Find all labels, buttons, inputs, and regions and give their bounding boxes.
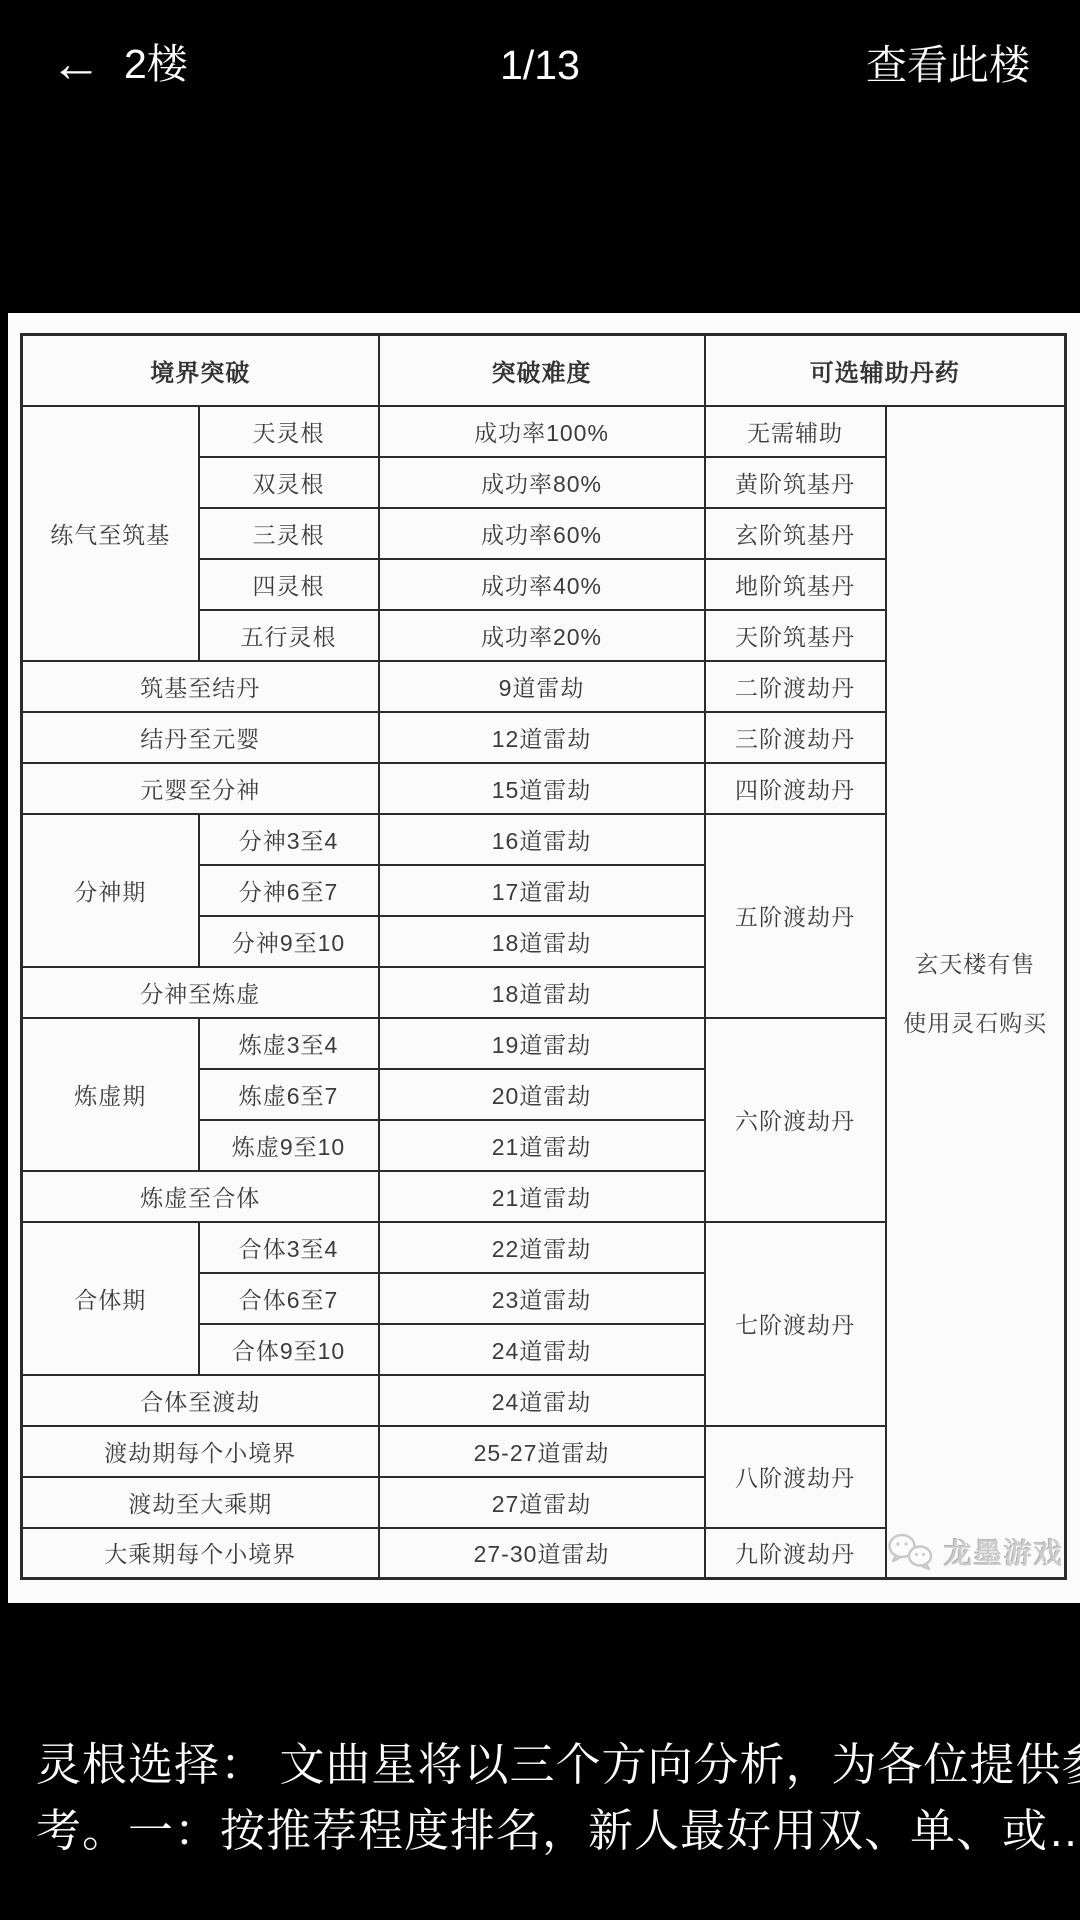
table-cell: 黄阶筑基丹 [705,457,886,508]
table-cell-group: 分神期 [22,814,199,967]
caption-line: 灵根选择： 文曲星将以三个方向分析，为各位提供参 [36,1732,1056,1798]
table-cell: 八阶渡劫丹 [705,1426,886,1528]
table-cell: 21道雷劫 [379,1120,705,1171]
table-cell: 七阶渡劫丹 [705,1222,886,1426]
table-cell: 27-30道雷劫 [379,1528,705,1579]
table-cell: 元婴至分神 [22,763,379,814]
table-cell: 炼虚9至10 [199,1120,379,1171]
table-cell: 分神6至7 [199,865,379,916]
top-bar: ← 2楼 1/13 查看此楼 [0,0,1080,130]
table-cell: 渡劫期每个小境界 [22,1426,379,1477]
table-cell: 炼虚至合体 [22,1171,379,1222]
table-cell-group: 合体期 [22,1222,199,1375]
wechat-icon [888,1531,936,1573]
table-cell: 双灵根 [199,457,379,508]
table-cell: 合体3至4 [199,1222,379,1273]
note-block: 玄天楼有售 使用灵石购买 [887,946,1065,1038]
table-cell: 天阶筑基丹 [705,610,886,661]
table-cell: 25-27道雷劫 [379,1426,705,1477]
table-cell: 分神9至10 [199,916,379,967]
table-cell: 合体至渡劫 [22,1375,379,1426]
table-cell: 三阶渡劫丹 [705,712,886,763]
table-cell-group: 炼虚期 [22,1018,199,1171]
table-cell: 炼虚6至7 [199,1069,379,1120]
table-cell: 无需辅助 [705,406,886,457]
table-cell: 21道雷劫 [379,1171,705,1222]
breakthrough-table: 境界突破 突破难度 可选辅助丹药 练气至筑基 天灵根 成功率100% 无需辅助 … [20,333,1067,1580]
table-cell: 20道雷劫 [379,1069,705,1120]
table-cell: 九阶渡劫丹 [705,1528,886,1579]
view-floor-button[interactable]: 查看此楼 [866,40,1030,90]
post-image[interactable]: 境界突破 突破难度 可选辅助丹药 练气至筑基 天灵根 成功率100% 无需辅助 … [8,313,1080,1603]
table-cell: 分神至炼虚 [22,967,379,1018]
table-cell: 五阶渡劫丹 [705,814,886,1018]
caption-line: 考。一：按推荐程度排名，新人最好用双、单、或… [36,1798,1056,1864]
table-cell: 合体9至10 [199,1324,379,1375]
header-breakthrough: 境界突破 [22,335,379,406]
table-cell: 成功率60% [379,508,705,559]
table-cell: 成功率20% [379,610,705,661]
table-cell: 四灵根 [199,559,379,610]
table-cell-group: 练气至筑基 [22,406,199,661]
table-cell: 分神3至4 [199,814,379,865]
table-cell: 五行灵根 [199,610,379,661]
table-cell: 六阶渡劫丹 [705,1018,886,1222]
table-cell-note: 玄天楼有售 使用灵石购买 [886,406,1066,1579]
table-cell: 地阶筑基丹 [705,559,886,610]
table-cell: 24道雷劫 [379,1324,705,1375]
table-cell: 成功率100% [379,406,705,457]
table-cell: 四阶渡劫丹 [705,763,886,814]
table-cell: 19道雷劫 [379,1018,705,1069]
table-cell: 27道雷劫 [379,1477,705,1528]
table-cell: 筑基至结丹 [22,661,379,712]
table-cell: 大乘期每个小境界 [22,1528,379,1579]
table-cell: 24道雷劫 [379,1375,705,1426]
table-cell: 23道雷劫 [379,1273,705,1324]
table-cell: 成功率40% [379,559,705,610]
table-cell: 渡劫至大乘期 [22,1477,379,1528]
watermark-text: 龙墨游戏 [944,1532,1064,1572]
table-cell: 天灵根 [199,406,379,457]
table-cell: 合体6至7 [199,1273,379,1324]
table-cell: 二阶渡劫丹 [705,661,886,712]
note-line: 玄天楼有售 [915,946,1035,979]
table-cell: 9道雷劫 [379,661,705,712]
header-difficulty: 突破难度 [379,335,705,406]
table-cell: 炼虚3至4 [199,1018,379,1069]
note-line: 使用灵石购买 [903,1005,1047,1038]
table-cell: 18道雷劫 [379,916,705,967]
table-cell: 17道雷劫 [379,865,705,916]
table-cell: 玄阶筑基丹 [705,508,886,559]
table-cell: 成功率80% [379,457,705,508]
table-cell: 结丹至元婴 [22,712,379,763]
table-cell: 15道雷劫 [379,763,705,814]
table-row: 练气至筑基 天灵根 成功率100% 无需辅助 玄天楼有售 使用灵石购买 [22,406,1066,457]
table-cell: 12道雷劫 [379,712,705,763]
table-cell: 16道雷劫 [379,814,705,865]
post-caption: 灵根选择： 文曲星将以三个方向分析，为各位提供参 考。一：按推荐程度排名，新人最… [36,1732,1056,1864]
table-cell: 18道雷劫 [379,967,705,1018]
table-cell: 22道雷劫 [379,1222,705,1273]
header-pills: 可选辅助丹药 [705,335,1066,406]
table-cell: 三灵根 [199,508,379,559]
watermark: 龙墨游戏 [888,1531,1064,1573]
